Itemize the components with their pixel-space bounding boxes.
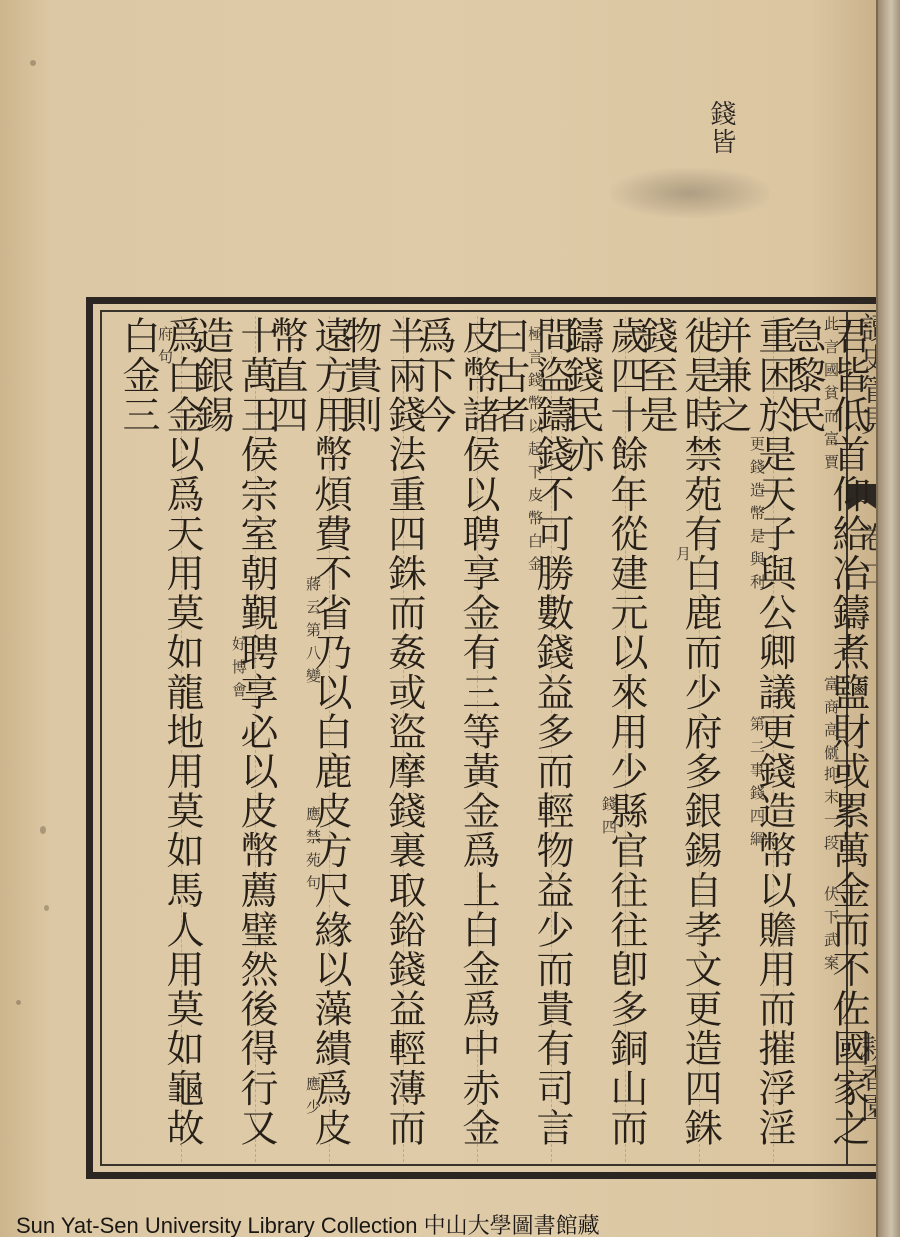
interlinear-note: 第二事錢四綱 [748, 716, 766, 854]
interlinear-note: 錢四 [600, 796, 618, 842]
paper-stain [40, 826, 46, 834]
margin-note: 錢皆 [704, 100, 740, 156]
interlinear-note: 更錢造幣是與利 [748, 436, 766, 597]
scanned-page: 錢皆 讀史管見 卷二 耕香園 君皆低首仰給冶鑄煮鹽財或累萬金而不佐國家之急黎民 … [0, 0, 880, 1237]
interlinear-note: 此言國貧而富賈 [822, 316, 840, 477]
collection-caption: Sun Yat-Sen University Library Collectio… [16, 1209, 600, 1237]
interlinear-note: 府句 [156, 326, 174, 372]
interlinear-note: 富商高僦 [822, 676, 840, 768]
text-column: 爲白金以爲天用莫如龍地用莫如馬人用莫如龜故白金三 府句 [108, 316, 180, 1162]
interlinear-note: 抑末一段 [822, 766, 840, 858]
paper-stain [16, 1000, 21, 1005]
column-main-text: 爲白金以爲天用莫如龍地用莫如馬人用莫如龜故白金三 [116, 316, 204, 1162]
interlinear-note: 月 [674, 546, 692, 569]
interlinear-note: 應禁苑句 [304, 806, 322, 898]
binding-edge [878, 0, 900, 1237]
interlinear-note: 伏下武案 [822, 886, 840, 978]
paper-stain [30, 60, 36, 66]
paper-stain [44, 905, 49, 911]
ink-smudge [610, 168, 770, 218]
interlinear-note: 好博會 [230, 636, 248, 705]
interlinear-note: 蔣云第八變 [304, 576, 322, 691]
text-columns: 君皆低首仰給冶鑄煮鹽財或累萬金而不佐國家之急黎民 此言國貧而富賈富商高僦抑末一段… [108, 316, 846, 1162]
interlinear-note: 極言錢幣以起下皮幣白金 [526, 326, 544, 579]
interlinear-note: 應少 [304, 1076, 322, 1122]
